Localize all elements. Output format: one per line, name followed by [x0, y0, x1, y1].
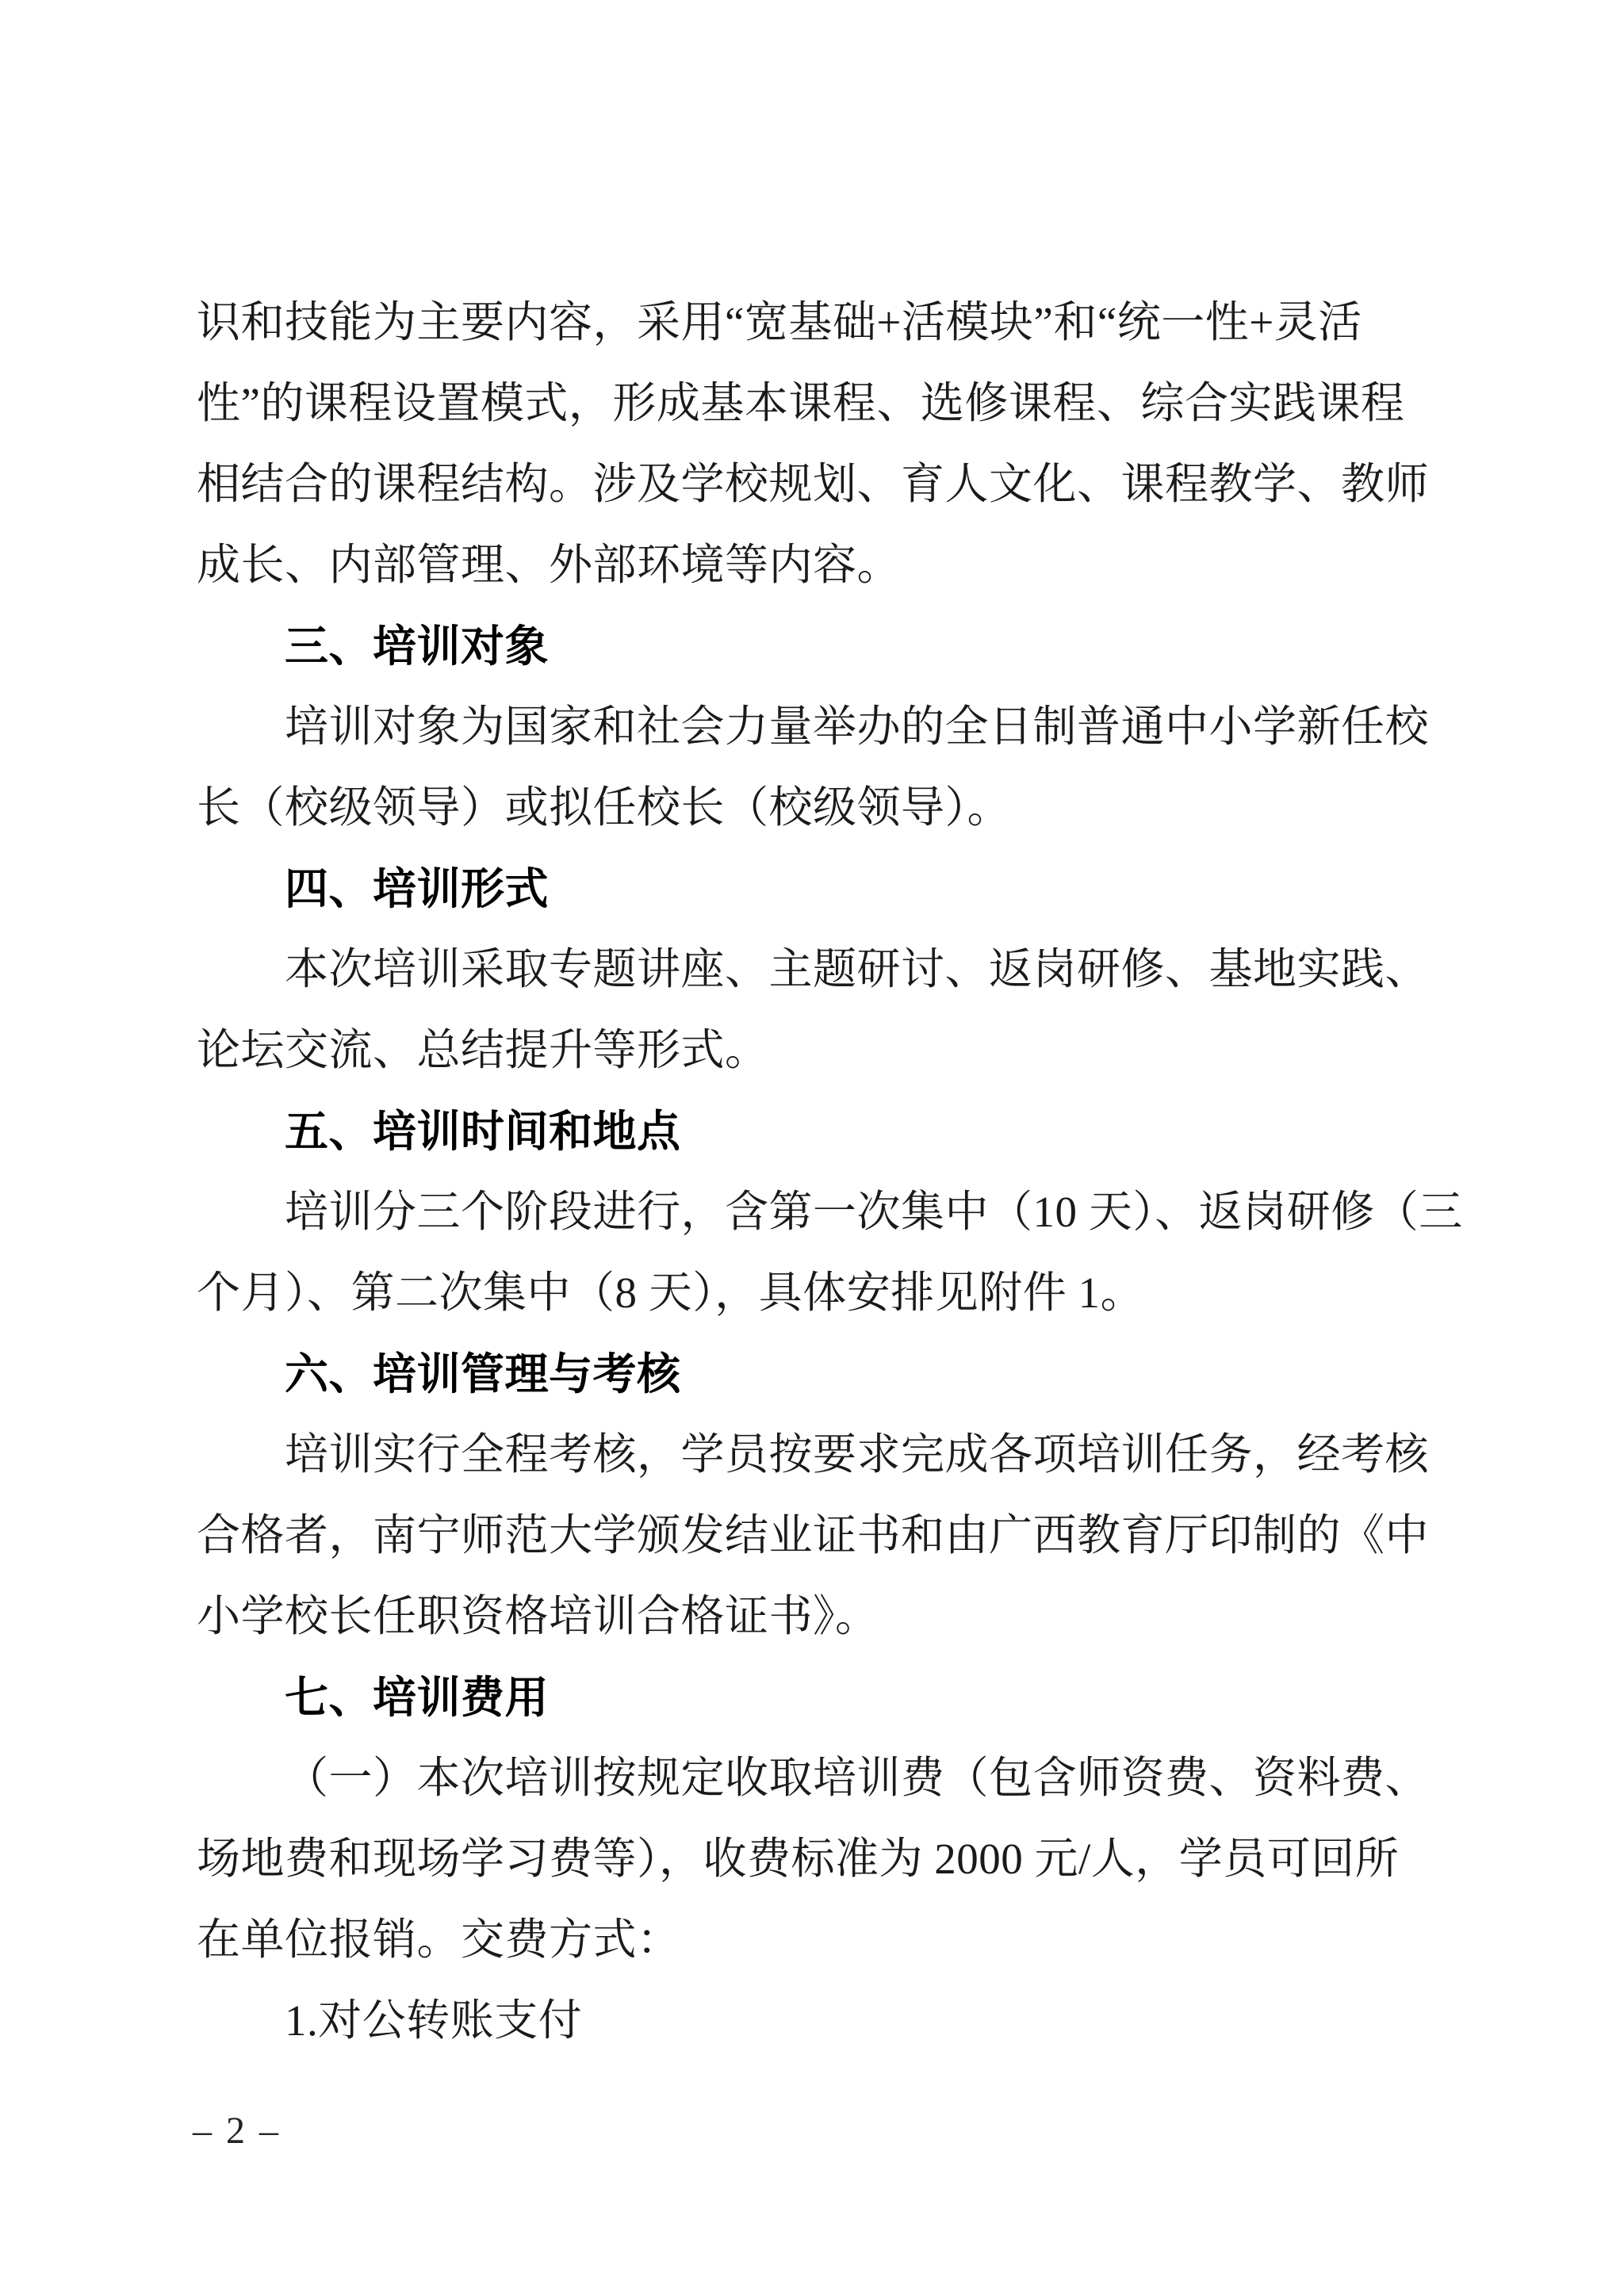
- section-heading: 三、培训对象: [197, 606, 1434, 687]
- body-line: （一）本次培训按规定收取培训费（包含师资费、资料费、: [197, 1738, 1434, 1819]
- body-line: 1.对公转账支付: [197, 1980, 1434, 2061]
- body-line: 小学校长任职资格培训合格证书》。: [197, 1576, 1434, 1657]
- body-line: 个月）、第二次集中（8 天），具体安排见附件 1。: [197, 1253, 1434, 1334]
- body-line: 本次培训采取专题讲座、主题研讨、返岗研修、基地实践、: [197, 929, 1434, 1010]
- body-line: 成长、内部管理、外部环境等内容。: [197, 525, 1434, 606]
- section-heading: 四、培训形式: [197, 848, 1434, 929]
- body-line: 在单位报销。交费方式：: [197, 1900, 1434, 1980]
- body-line: 性”的课程设置模式，形成基本课程、选修课程、综合实践课程: [197, 363, 1434, 444]
- document-body: 识和技能为主要内容，采用“宽基础+活模块”和“统一性+灵活性”的课程设置模式，形…: [197, 282, 1434, 2061]
- body-line: 论坛交流、总结提升等形式。: [197, 1010, 1434, 1091]
- body-line: 培训实行全程考核，学员按要求完成各项培训任务，经考核: [197, 1414, 1434, 1495]
- page-number: – 2 –: [193, 2109, 281, 2152]
- section-heading: 七、培训费用: [197, 1657, 1434, 1738]
- body-line: 场地费和现场学习费等），收费标准为 2000 元/人，学员可回所: [197, 1819, 1434, 1900]
- section-heading: 五、培训时间和地点: [197, 1091, 1434, 1172]
- body-line: 培训分三个阶段进行，含第一次集中（10 天）、返岗研修（三: [197, 1172, 1434, 1253]
- body-line: 识和技能为主要内容，采用“宽基础+活模块”和“统一性+灵活: [197, 282, 1434, 363]
- section-heading: 六、培训管理与考核: [197, 1334, 1434, 1414]
- body-line: 长（校级领导）或拟任校长（校级领导）。: [197, 767, 1434, 848]
- document-page: 识和技能为主要内容，采用“宽基础+活模块”和“统一性+灵活性”的课程设置模式，形…: [0, 0, 1624, 2296]
- body-line: 培训对象为国家和社会力量举办的全日制普通中小学新任校: [197, 687, 1434, 767]
- body-line: 相结合的课程结构。涉及学校规划、育人文化、课程教学、教师: [197, 444, 1434, 525]
- body-line: 合格者，南宁师范大学颁发结业证书和由广西教育厅印制的《中: [197, 1495, 1434, 1576]
